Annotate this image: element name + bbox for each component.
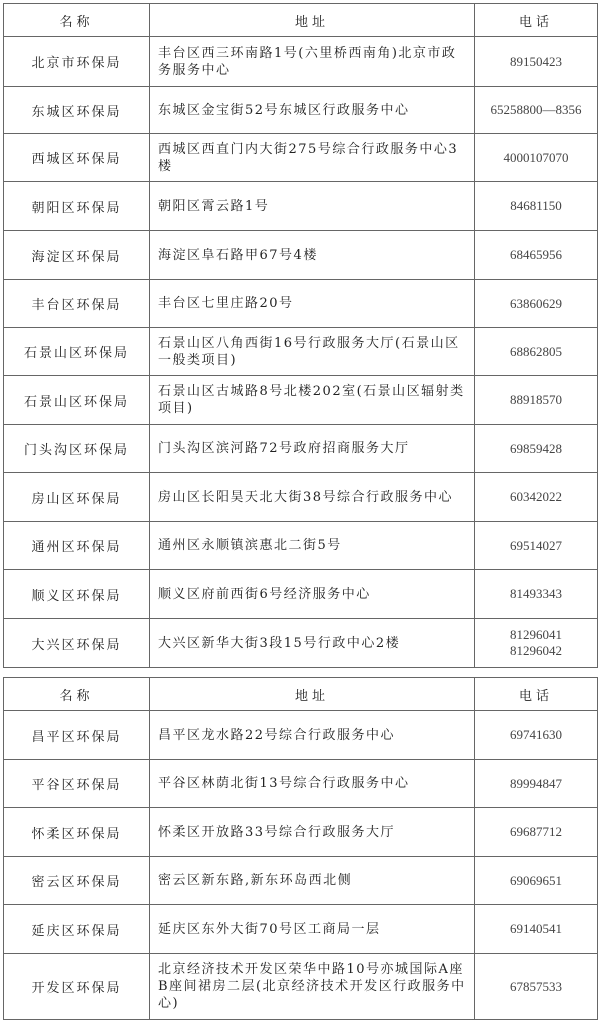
- office-table-2: 名称 地址 电话 昌平区环保局 昌平区龙水路22号综合行政服务中心 697416…: [3, 677, 598, 1020]
- office-name: 大兴区环保局: [4, 619, 150, 668]
- table-row: 石景山区环保局 石景山区八角西街16号行政服务大厅(石景山区一般类项目) 688…: [4, 328, 598, 376]
- table-header-row: 名称 地址 电话: [4, 4, 598, 37]
- table-row: 密云区环保局 密云区新东路,新东环岛西北侧 69069651: [4, 857, 598, 905]
- header-phone: 电话: [475, 678, 598, 711]
- office-name: 石景山区环保局: [4, 376, 150, 425]
- office-phone: 4000107070: [475, 134, 598, 182]
- office-address: 通州区永顺镇滨惠北二街5号: [150, 522, 475, 570]
- office-name: 丰台区环保局: [4, 280, 150, 328]
- office-phone: 81296041 81296042: [475, 619, 598, 668]
- table-row: 房山区环保局 房山区长阳昊天北大街38号综合行政服务中心 60342022: [4, 473, 598, 522]
- office-phone: 69687712: [475, 808, 598, 857]
- office-name: 海淀区环保局: [4, 231, 150, 280]
- table-row: 通州区环保局 通州区永顺镇滨惠北二街5号 69514027: [4, 522, 598, 570]
- office-phone: 65258800—8356: [475, 87, 598, 134]
- office-name: 北京市环保局: [4, 37, 150, 87]
- office-address: 密云区新东路,新东环岛西北侧: [150, 857, 475, 905]
- office-phone: 89994847: [475, 760, 598, 808]
- table-row: 顺义区环保局 顺义区府前西街6号经济服务中心 81493343: [4, 570, 598, 619]
- office-name: 延庆区环保局: [4, 905, 150, 954]
- table-row: 昌平区环保局 昌平区龙水路22号综合行政服务中心 69741630: [4, 711, 598, 760]
- office-phone: 67857533: [475, 954, 598, 1020]
- office-address: 平谷区林荫北街13号综合行政服务中心: [150, 760, 475, 808]
- office-name: 东城区环保局: [4, 87, 150, 134]
- office-table-1: 名称 地址 电话 北京市环保局 丰台区西三环南路1号(六里桥西南角)北京市政务服…: [3, 3, 598, 668]
- office-phone: 69514027: [475, 522, 598, 570]
- table-row: 大兴区环保局 大兴区新华大街3段15号行政中心2楼 81296041 81296…: [4, 619, 598, 668]
- table-row: 延庆区环保局 延庆区东外大街70号区工商局一层 69140541: [4, 905, 598, 954]
- office-name: 开发区环保局: [4, 954, 150, 1020]
- table-header-row: 名称 地址 电话: [4, 678, 598, 711]
- table-row: 门头沟区环保局 门头沟区滨河路72号政府招商服务大厅 69859428: [4, 425, 598, 473]
- office-address: 昌平区龙水路22号综合行政服务中心: [150, 711, 475, 760]
- office-address: 怀柔区开放路33号综合行政服务大厅: [150, 808, 475, 857]
- table-row: 石景山区环保局 石景山区古城路8号北楼202室(石景山区辐射类项目) 88918…: [4, 376, 598, 425]
- office-address: 门头沟区滨河路72号政府招商服务大厅: [150, 425, 475, 473]
- table-row: 西城区环保局 西城区西直门内大街275号综合行政服务中心3楼 400010707…: [4, 134, 598, 182]
- office-phone: 68862805: [475, 328, 598, 376]
- office-phone: 88918570: [475, 376, 598, 425]
- office-address: 房山区长阳昊天北大街38号综合行政服务中心: [150, 473, 475, 522]
- office-name: 顺义区环保局: [4, 570, 150, 619]
- header-phone: 电话: [475, 4, 598, 37]
- office-address: 海淀区阜石路甲67号4楼: [150, 231, 475, 280]
- office-phone: 69140541: [475, 905, 598, 954]
- office-phone: 68465956: [475, 231, 598, 280]
- office-phone: 84681150: [475, 182, 598, 231]
- table-row: 海淀区环保局 海淀区阜石路甲67号4楼 68465956: [4, 231, 598, 280]
- table-row: 开发区环保局 北京经济技术开发区荣华中路10号亦城国际A座B座间裙房二层(北京经…: [4, 954, 598, 1020]
- table-row: 平谷区环保局 平谷区林荫北街13号综合行政服务中心 89994847: [4, 760, 598, 808]
- header-name: 名称: [4, 678, 150, 711]
- table-row: 怀柔区环保局 怀柔区开放路33号综合行政服务大厅 69687712: [4, 808, 598, 857]
- office-name: 门头沟区环保局: [4, 425, 150, 473]
- office-address: 丰台区七里庄路20号: [150, 280, 475, 328]
- table-row: 东城区环保局 东城区金宝街52号东城区行政服务中心 65258800—8356: [4, 87, 598, 134]
- table-row: 朝阳区环保局 朝阳区霄云路1号 84681150: [4, 182, 598, 231]
- office-phone: 81493343: [475, 570, 598, 619]
- table-row: 丰台区环保局 丰台区七里庄路20号 63860629: [4, 280, 598, 328]
- office-address: 延庆区东外大街70号区工商局一层: [150, 905, 475, 954]
- office-address: 大兴区新华大街3段15号行政中心2楼: [150, 619, 475, 668]
- office-address: 顺义区府前西街6号经济服务中心: [150, 570, 475, 619]
- office-address: 西城区西直门内大街275号综合行政服务中心3楼: [150, 134, 475, 182]
- office-name: 朝阳区环保局: [4, 182, 150, 231]
- office-name: 密云区环保局: [4, 857, 150, 905]
- office-address: 北京经济技术开发区荣华中路10号亦城国际A座B座间裙房二层(北京经济技术开发区行…: [150, 954, 475, 1020]
- office-name: 房山区环保局: [4, 473, 150, 522]
- office-name: 平谷区环保局: [4, 760, 150, 808]
- office-name: 怀柔区环保局: [4, 808, 150, 857]
- office-address: 朝阳区霄云路1号: [150, 182, 475, 231]
- office-phone: 69859428: [475, 425, 598, 473]
- phone-line-2: 81296042: [475, 643, 597, 659]
- office-phone: 60342022: [475, 473, 598, 522]
- office-address: 石景山区八角西街16号行政服务大厅(石景山区一般类项目): [150, 328, 475, 376]
- office-phone: 63860629: [475, 280, 598, 328]
- office-address: 丰台区西三环南路1号(六里桥西南角)北京市政务服务中心: [150, 37, 475, 87]
- office-phone: 69069651: [475, 857, 598, 905]
- header-address: 地址: [150, 678, 475, 711]
- table-row: 北京市环保局 丰台区西三环南路1号(六里桥西南角)北京市政务服务中心 89150…: [4, 37, 598, 87]
- office-phone: 89150423: [475, 37, 598, 87]
- phone-line-1: 81296041: [475, 627, 597, 643]
- office-name: 昌平区环保局: [4, 711, 150, 760]
- header-name: 名称: [4, 4, 150, 37]
- header-address: 地址: [150, 4, 475, 37]
- office-address: 石景山区古城路8号北楼202室(石景山区辐射类项目): [150, 376, 475, 425]
- office-name: 石景山区环保局: [4, 328, 150, 376]
- office-name: 西城区环保局: [4, 134, 150, 182]
- office-name: 通州区环保局: [4, 522, 150, 570]
- office-address: 东城区金宝街52号东城区行政服务中心: [150, 87, 475, 134]
- office-phone: 69741630: [475, 711, 598, 760]
